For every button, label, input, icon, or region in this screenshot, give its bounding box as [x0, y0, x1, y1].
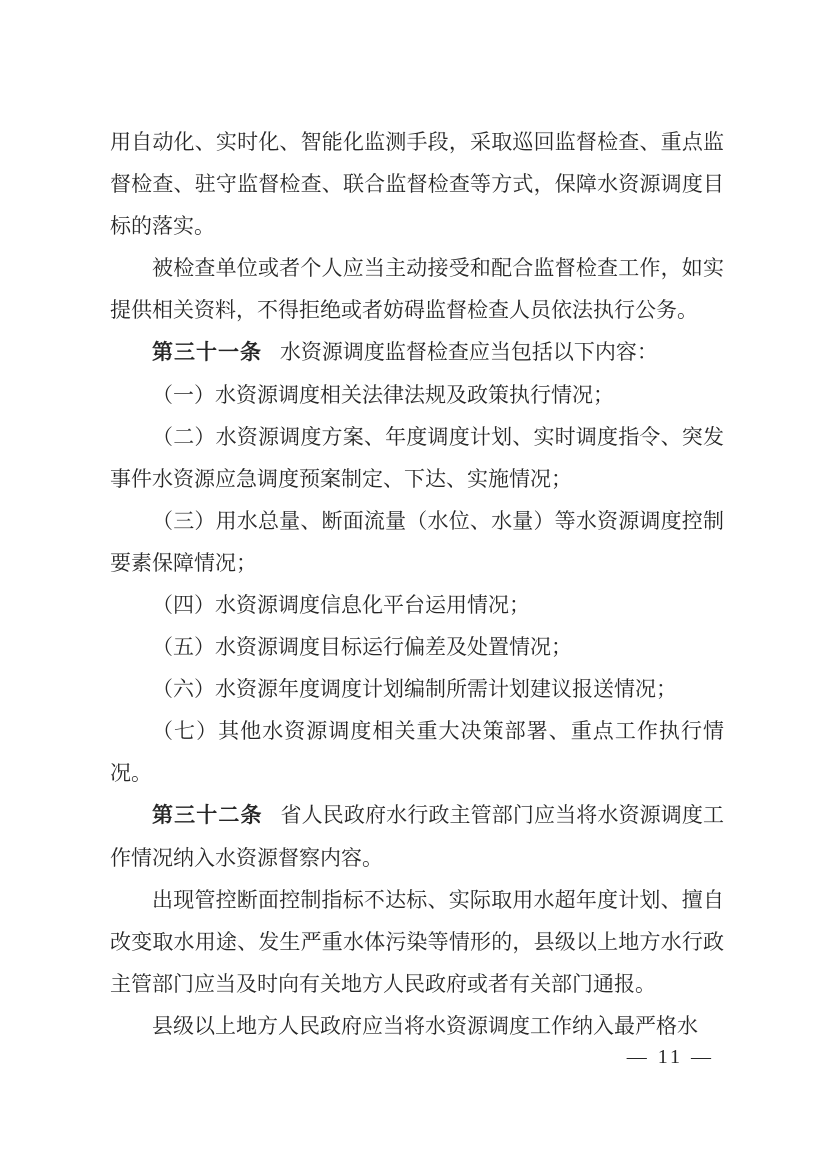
paragraph: 县级以上地方人民政府应当将水资源调度工作纳入最严格水	[110, 1005, 724, 1047]
paragraph: 被检查单位或者个人应当主动接受和配合监督检查工作，如实提供相关资料，不得拒绝或者…	[110, 247, 724, 331]
paragraph: （七）其他水资源调度相关重大决策部署、重点工作执行情况。	[110, 710, 724, 794]
page-number: — 11 —	[627, 1043, 714, 1071]
document-page: 用自动化、实时化、智能化监测手段，采取巡回监督检查、重点监督检查、驻守监督检查、…	[0, 0, 826, 1169]
paragraph: （四）水资源调度信息化平台运用情况；	[110, 584, 724, 626]
document-body: 用自动化、实时化、智能化监测手段，采取巡回监督检查、重点监督检查、驻守监督检查、…	[110, 121, 724, 1047]
paragraph: （二）水资源调度方案、年度调度计划、实时调度指令、突发事件水资源应急调度预案制定…	[110, 416, 724, 500]
paragraph: （五）水资源调度目标运行偏差及处置情况；	[110, 626, 724, 668]
paragraph: （六）水资源年度调度计划编制所需计划建议报送情况；	[110, 668, 724, 710]
paragraph: 第三十一条水资源调度监督检查应当包括以下内容：	[110, 331, 724, 374]
paragraph: 用自动化、实时化、智能化监测手段，采取巡回监督检查、重点监督检查、驻守监督检查、…	[110, 121, 724, 247]
article-number: 第三十一条	[152, 341, 262, 364]
paragraph: （一）水资源调度相关法律法规及政策执行情况；	[110, 374, 724, 416]
paragraph: 第三十二条省人民政府水行政主管部门应当将水资源调度工作情况纳入水资源督察内容。	[110, 794, 724, 879]
article-number: 第三十二条	[152, 804, 263, 827]
paragraph: （三）用水总量、断面流量（水位、水量）等水资源调度控制要素保障情况；	[110, 500, 724, 584]
paragraph: 出现管控断面控制指标不达标、实际取用水超年度计划、擅自改变取水用途、发生严重水体…	[110, 879, 724, 1005]
